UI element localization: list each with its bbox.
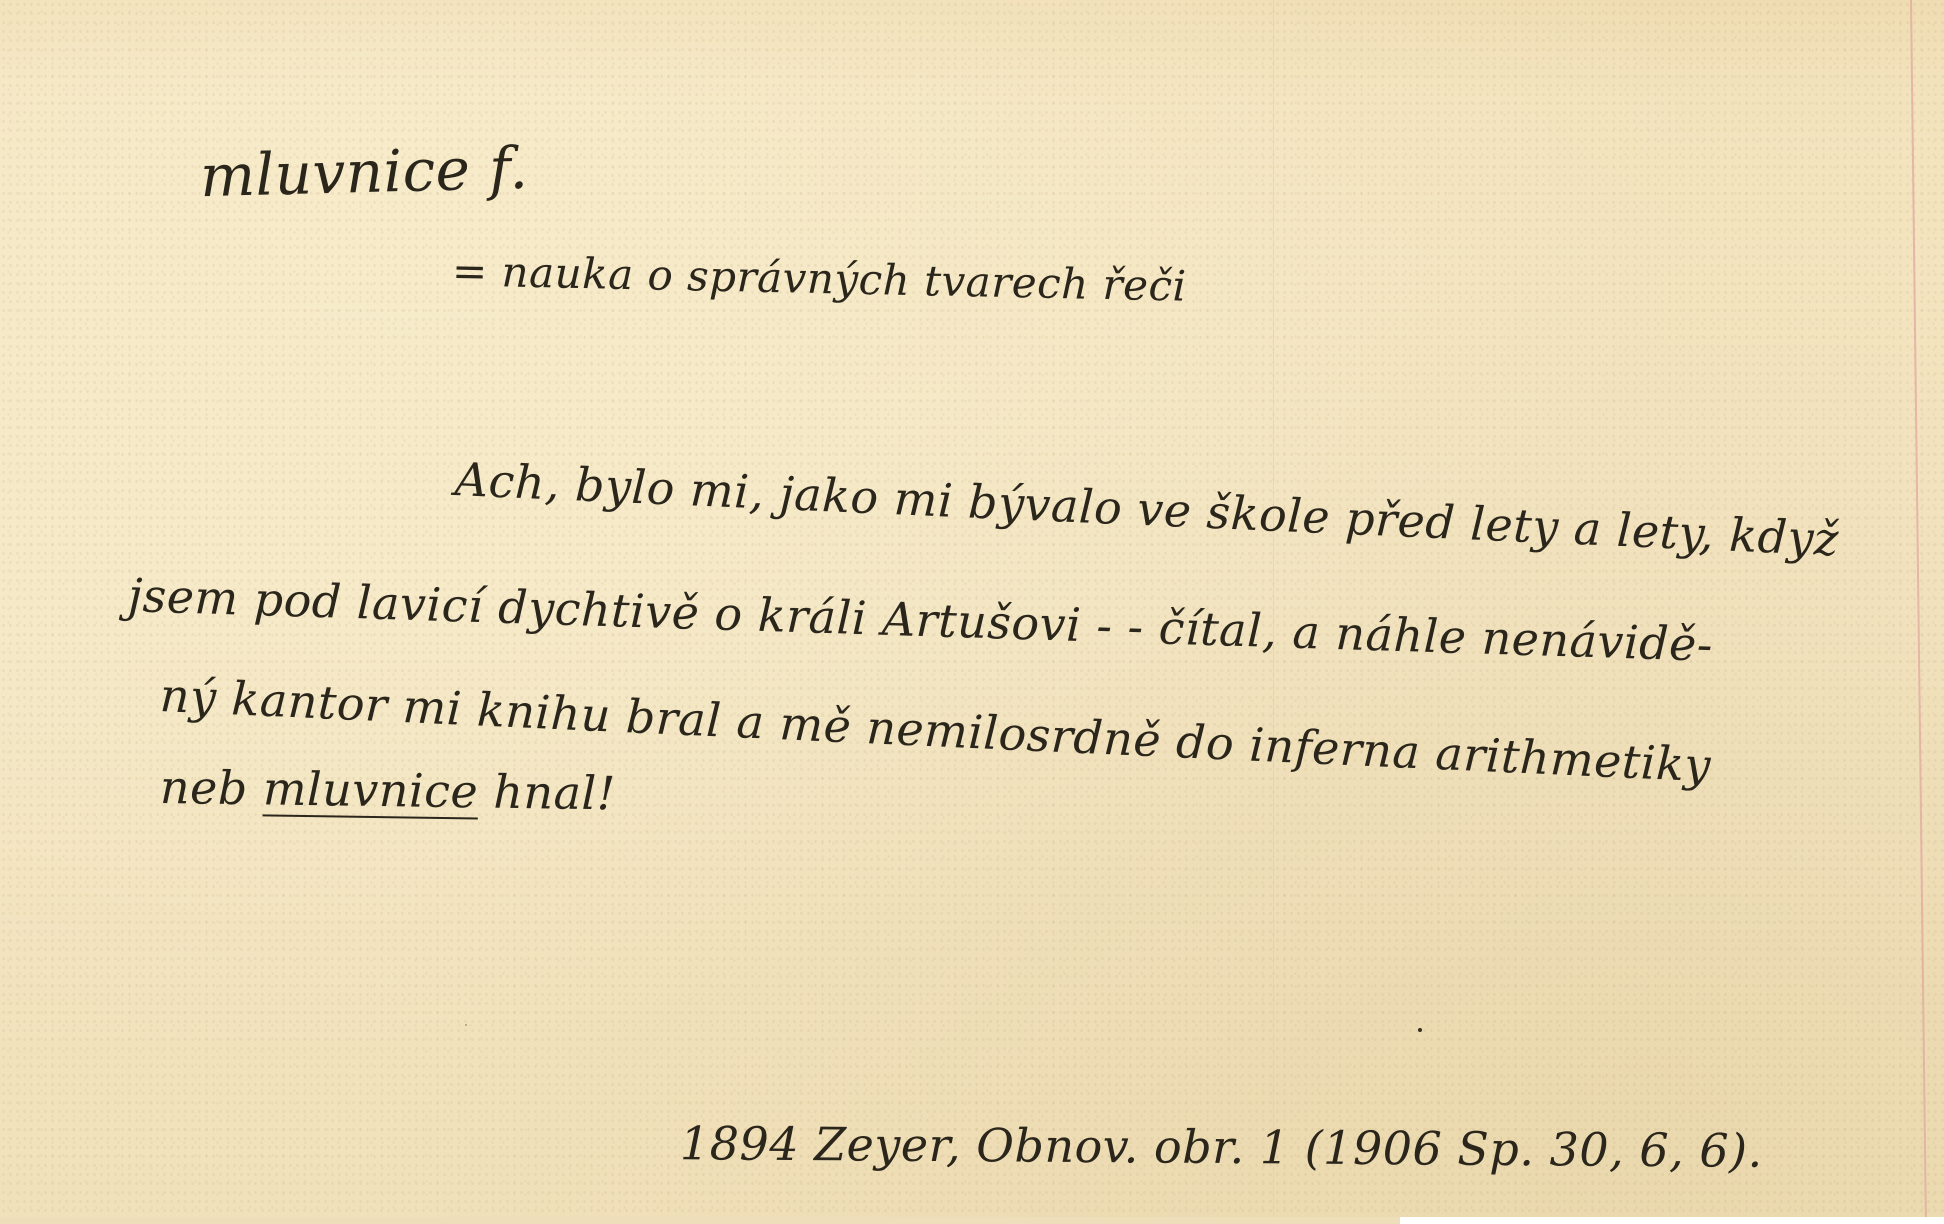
scan-edge bbox=[0, 1217, 1400, 1224]
ink-speck bbox=[1418, 1028, 1422, 1032]
headword: mluvnice bbox=[199, 135, 471, 210]
quote-line-1: Ach, bylo mi, jako mi bývalo ve škole př… bbox=[454, 452, 1840, 566]
quote-line-4: neb mluvnice hnal! bbox=[160, 760, 616, 820]
source-citation: 1894 Zeyer, Obnov. obr. 1 (1906 Sp. 30, … bbox=[680, 1116, 1763, 1178]
definition: = nauka o správných tvarech řeči bbox=[452, 246, 1187, 310]
quote-text: neb bbox=[160, 760, 264, 815]
grammatical-gender: f. bbox=[488, 134, 529, 203]
red-margin-rule bbox=[1910, 0, 1927, 1217]
quote-text: hnal! bbox=[478, 764, 616, 820]
dictionary-slip: mluvnice f. = nauka o správných tvarech … bbox=[0, 0, 1944, 1217]
scan-edge-white bbox=[1400, 1217, 1944, 1224]
ink-speck bbox=[465, 1024, 467, 1026]
underlined-headword: mluvnice bbox=[263, 761, 479, 818]
headword-line: mluvnice f. bbox=[199, 134, 529, 211]
quote-line-2: jsem pod lavicí dychtivě o králi Artušov… bbox=[127, 568, 1714, 672]
